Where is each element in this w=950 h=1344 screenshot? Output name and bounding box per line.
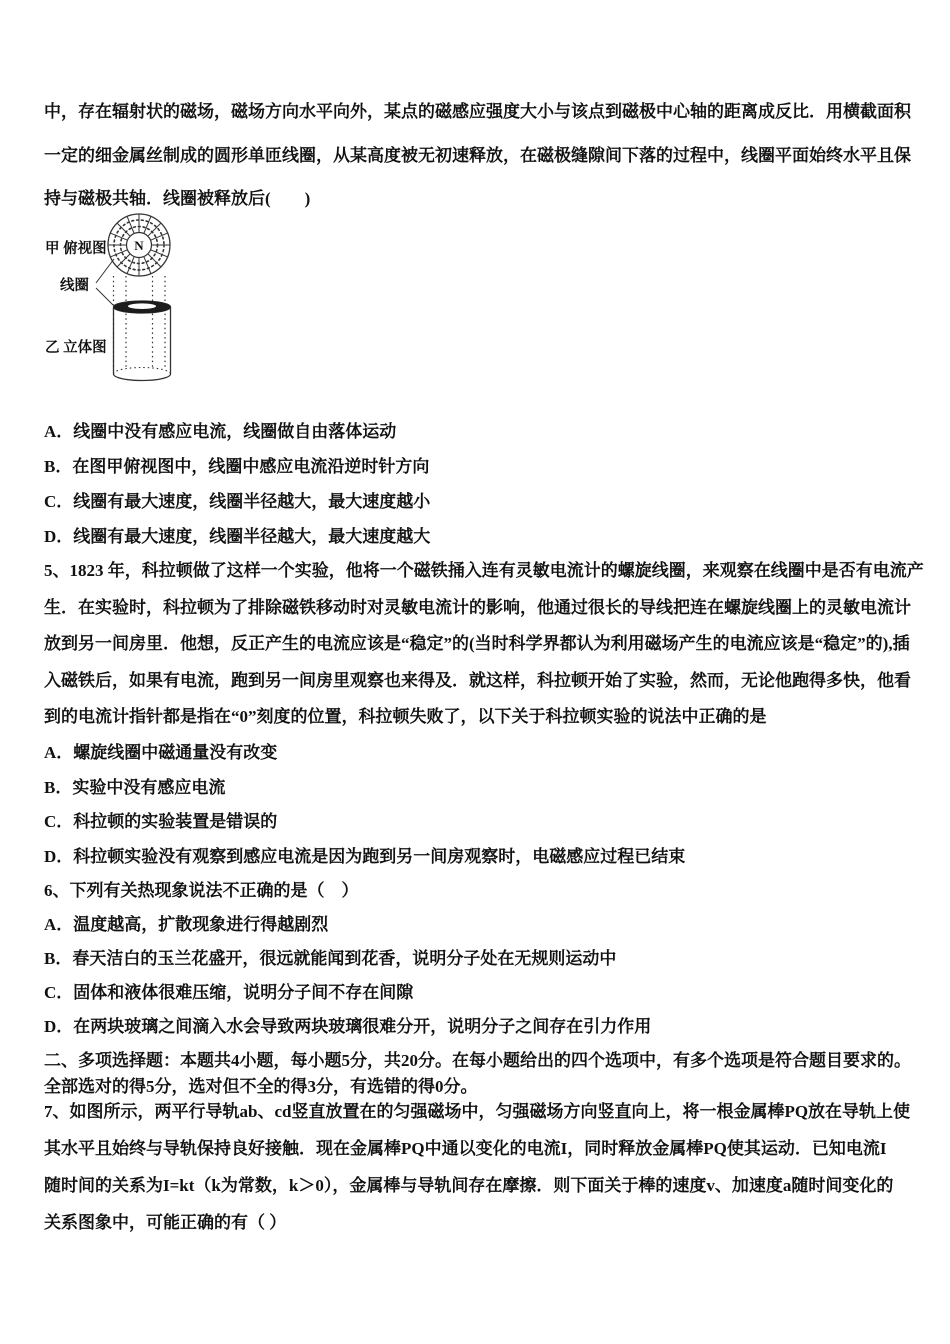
q6-option-a: A．温度越高，扩散现象进行得越剧烈	[44, 908, 914, 942]
coil-magnet-diagram: N 甲 俯视图 线圈 乙 立体图	[0, 212, 220, 394]
q5-intro-line-1: 5、1823 年，科拉顿做了这样一个实验，他将一个磁铁捅入连有灵敏电流计的螺旋线…	[44, 553, 914, 590]
q4-option-b: B．在图甲俯视图中，线圈中感应电流沿逆时针方向	[44, 449, 914, 484]
q5-intro-line-3: 放到另一间房里．他想，反正产生的电流应该是“稳定”的(当时科学界都认为利用磁场产…	[44, 626, 914, 663]
q5-intro-paragraph: 5、1823 年，科拉顿做了这样一个实验，他将一个磁铁捅入连有灵敏电流计的螺旋线…	[44, 553, 914, 736]
top-view-label: 甲 俯视图	[45, 239, 107, 257]
q6-stem-line: 6、下列有关热现象说法不正确的是（ ）	[44, 873, 914, 908]
coil-ring	[114, 301, 171, 313]
section2-heading-line-1: 二、多项选择题：本题共4小题，每小题5分，共20分。在每小题给出的四个选项中，有…	[44, 1048, 914, 1074]
q5-option-a: A．螺旋线圈中磁通量没有改变	[44, 736, 914, 771]
q7-intro-line-3: 随时间的关系为I=kt（k为常数，k＞0），金属棒与导轨间存在摩擦．则下面关于棒…	[44, 1167, 914, 1204]
top-view-ring: N	[108, 214, 170, 276]
q4-option-d: D．线圈有最大速度，线圈半径越大，最大速度越大	[44, 519, 914, 554]
q5-option-b: B．实验中没有感应电流	[44, 771, 914, 806]
q6-option-c: C．固体和液体很难压缩，说明分子间不存在间隙	[44, 976, 914, 1010]
q6-option-d: D．在两块玻璃之间滴入水会导致两块玻璃很难分开，说明分子之间存在引力作用	[44, 1010, 914, 1044]
q4-option-a: A．线圈中没有感应电流，线圈做自由落体运动	[44, 414, 914, 449]
q5-options: A．螺旋线圈中磁通量没有改变 B．实验中没有感应电流 C．科拉顿的实验装置是错误…	[44, 736, 914, 874]
q5-intro-line-4: 入磁铁后，如果有电流，跑到另一间房里观察也来得及．就这样，科拉顿开始了实验，然而…	[44, 663, 914, 700]
q5-option-c: C．科拉顿的实验装置是错误的	[44, 805, 914, 840]
q4-option-c: C．线圈有最大速度，线圈半径越大，最大速度越小	[44, 484, 914, 519]
exam-page: 中，存在辐射状的磁场，磁场方向水平向外，某点的磁感应强度大小与该点到磁极中心轴的…	[0, 0, 950, 1344]
solid-view-label: 乙 立体图	[45, 338, 107, 356]
q4-options: A．线圈中没有感应电流，线圈做自由落体运动 B．在图甲俯视图中，线圈中感应电流沿…	[44, 414, 914, 554]
q7-intro-line-1: 7、如图所示，两平行导轨ab、cd竖直放置在的匀强磁场中，匀强磁场方向竖直向上，…	[44, 1093, 914, 1130]
q7-intro-line-4: 关系图象中，可能正确的有（ ）	[44, 1204, 914, 1241]
q6-option-b: B．春天洁白的玉兰花盛开，很远就能闻到花香，说明分子处在无规则运动中	[44, 942, 914, 976]
q7-intro-line-2: 其水平且始终与导轨保持良好接触．现在金属棒PQ中通以变化的电流I，同时释放金属棒…	[44, 1130, 914, 1167]
coil-pointer-lines	[96, 259, 114, 305]
q5-option-d: D．科拉顿实验没有观察到感应电流是因为跑到另一间房观察时，电磁感应过程已结束	[44, 840, 914, 875]
q5-intro-line-5: 到的电流计指针都是指在“0”刻度的位置，科拉顿失败了，以下关于科拉顿实验的说法中…	[44, 699, 914, 736]
north-pole-label: N	[134, 238, 144, 253]
q4-intro-line-1: 中，存在辐射状的磁场，磁场方向水平向外，某点的磁感应强度大小与该点到磁极中心轴的…	[44, 90, 914, 134]
q5-intro-line-2: 生．在实验时，科拉顿为了排除磁铁移动时对灵敏电流计的影响，他通过很长的导线把连在…	[44, 590, 914, 627]
q4-intro-line-2: 一定的细金属丝制成的圆形单匝线圈，从某高度被无初速释放，在磁极缝隙间下落的过程中…	[44, 134, 914, 178]
projection-dashed-lines	[114, 276, 166, 369]
q6-options: A．温度越高，扩散现象进行得越剧烈 B．春天洁白的玉兰花盛开，很远就能闻到花香，…	[44, 908, 914, 1044]
q7-intro-paragraph: 7、如图所示，两平行导轨ab、cd竖直放置在的匀强磁场中，匀强磁场方向竖直向上，…	[44, 1093, 914, 1241]
q4-figure: N 甲 俯视图 线圈 乙 立体图	[0, 212, 220, 394]
coil-label: 线圈	[60, 276, 89, 294]
q6-stem: 6、下列有关热现象说法不正确的是（ ）	[44, 873, 914, 908]
q4-intro-paragraph: 中，存在辐射状的磁场，磁场方向水平向外，某点的磁感应强度大小与该点到磁极中心轴的…	[44, 90, 914, 221]
